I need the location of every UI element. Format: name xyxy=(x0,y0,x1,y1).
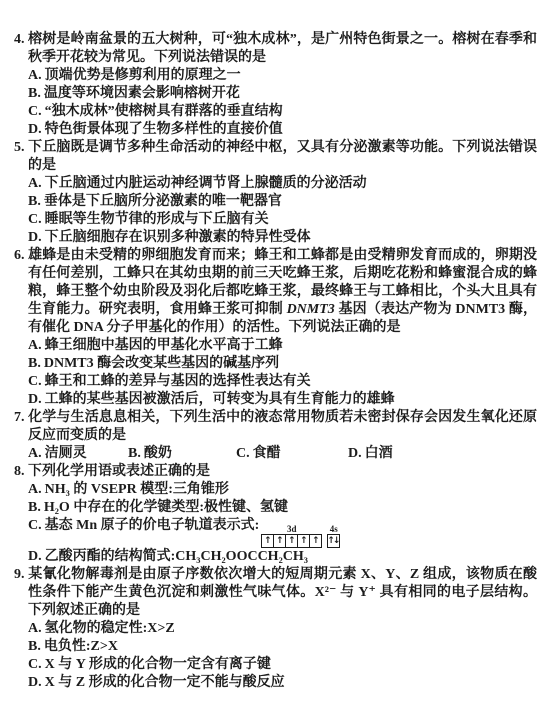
orbital-label-4s: 4s xyxy=(330,524,338,534)
orbital-boxes: ↑↓ xyxy=(327,534,340,548)
option-text: NH₃ 的 VSEPR 模型:三角锥形 xyxy=(45,482,229,497)
option-text: X 与 Z 形成的化合物一定不能与酸反应 xyxy=(45,675,285,690)
orbital-diagram: 3d↑↑↑↑↑4s↑↓ xyxy=(261,524,340,548)
option-row: D.下丘脑细胞存在识别多种激素的特异性受体 xyxy=(14,229,537,247)
option-row: A.蜂王细胞中基因的甲基化水平高于工蜂 xyxy=(14,337,537,355)
option-cell: B.酸奶 xyxy=(128,445,236,463)
option-row: B.电负性:Z>X xyxy=(14,638,537,656)
option-label: A. xyxy=(28,621,42,636)
option-label: D. xyxy=(348,446,362,461)
option-text: 氢化物的稳定性:X>Z xyxy=(45,621,175,636)
option-row: C.“独木成林”使榕树具有群落的垂直结构 xyxy=(14,103,537,121)
option-label: D. xyxy=(28,392,42,407)
option-row: D.特色街景体现了生物多样性的直接价值 xyxy=(14,121,537,139)
option-text: “独木成林”使榕树具有群落的垂直结构 xyxy=(45,104,283,119)
exam-page: 4. 榕树是岭南盆景的五大树种，可“独木成林”，是广州特色街景之一。榕树在春季和… xyxy=(0,0,552,707)
option-row: D.工蜂的某些基因被激活后，可转变为具有生育能力的雄蜂 xyxy=(14,391,537,409)
option-label: A. xyxy=(28,338,42,353)
question-number: 6. xyxy=(14,248,25,263)
option-text: 下丘脑细胞存在识别多种激素的特异性受体 xyxy=(45,230,311,245)
option-row: C.X 与 Y 形成的化合物一定含有离子键 xyxy=(14,656,537,674)
option-row: B.DNMT3 酶会改变某些基因的碱基序列 xyxy=(14,355,537,373)
orbital-box: ↑↓ xyxy=(327,534,340,548)
orbital-group-3d: 3d↑↑↑↑↑ xyxy=(261,524,322,548)
option-text: 工蜂的某些基因被激活后，可转变为具有生育能力的雄蜂 xyxy=(45,392,395,407)
option-text: H₂O 中存在的化学键类型:极性键、氢键 xyxy=(44,500,288,515)
option-text: 基态 Mn 原子的价电子轨道表示式: xyxy=(45,518,260,533)
question-stem-text: 榕树是岭南盆景的五大树种，可“独木成林”，是广州特色街景之一。榕树在春季和秋季开… xyxy=(28,32,537,65)
option-row: D.乙酸丙酯的结构简式:CH₃CH₂OOCCH₂CH₃ xyxy=(14,548,537,566)
option-row: A.下丘脑通过内脏运动神经调节肾上腺髓质的分泌活动 xyxy=(14,175,537,193)
question-number: 4. xyxy=(14,32,25,47)
question-8: 8. 下列化学用语或表述正确的是 A.NH₃ 的 VSEPR 模型:三角锥形 B… xyxy=(14,463,537,566)
option-text: 蜂王细胞中基因的甲基化水平高于工蜂 xyxy=(45,338,283,353)
option-row: A.顶端优势是修剪利用的原理之一 xyxy=(14,67,537,85)
option-text: 特色街景体现了生物多样性的直接价值 xyxy=(45,122,283,137)
option-label: B. xyxy=(28,639,41,654)
question-stem: 8. 下列化学用语或表述正确的是 xyxy=(14,463,537,481)
question-stem: 9. 某氰化物解毒剂是由原子序数依次增大的短周期元素 X、Y、Z 组成，该物质在… xyxy=(14,566,537,620)
option-cell: D.白酒 xyxy=(348,445,393,463)
question-number: 9. xyxy=(14,567,25,582)
question-6: 6. 雄蜂是由未受精的卵细胞发育而来；蜂王和工蜂都是由受精卵发育而成的，卵期没有… xyxy=(14,247,537,409)
option-label: B. xyxy=(128,446,141,461)
option-text: 下丘脑通过内脏运动神经调节肾上腺髓质的分泌活动 xyxy=(45,176,367,191)
option-row: B.垂体是下丘脑所分泌激素的唯一靶器官 xyxy=(14,193,537,211)
option-label: C. xyxy=(28,518,42,533)
option-label: D. xyxy=(28,230,42,245)
question-7: 7. 化学与生活息息相关，下列生活中的液态常用物质若未密封保存会因发生氧化还原反… xyxy=(14,409,537,463)
question-stem: 5. 下丘脑既是调节多种生命活动的神经中枢，又具有分泌激素等功能。下列说法错误的… xyxy=(14,139,537,175)
option-label: C. xyxy=(28,212,42,227)
option-row: B.H₂O 中存在的化学键类型:极性键、氢键 xyxy=(14,499,537,517)
option-text: 垂体是下丘脑所分泌激素的唯一靶器官 xyxy=(44,194,282,209)
option-label: C. xyxy=(28,657,42,672)
option-text: 食醋 xyxy=(253,446,281,461)
option-text: 电负性:Z>X xyxy=(44,639,118,654)
option-label: C. xyxy=(28,104,42,119)
option-text: X 与 Y 形成的化合物一定含有离子键 xyxy=(45,657,271,672)
option-label: A. xyxy=(28,482,42,497)
question-5: 5. 下丘脑既是调节多种生命活动的神经中枢，又具有分泌激素等功能。下列说法错误的… xyxy=(14,139,537,247)
orbital-boxes: ↑↑↑↑↑ xyxy=(261,534,322,548)
question-stem-text: 某氰化物解毒剂是由原子序数依次增大的短周期元素 X、Y、Z 组成，该物质在酸性条… xyxy=(28,567,537,618)
question-stem-text: 下丘脑既是调节多种生命活动的神经中枢，又具有分泌激素等功能。下列说法错误的是 xyxy=(28,140,537,173)
orbital-group-4s: 4s↑↓ xyxy=(327,524,340,548)
option-row: C.睡眠等生物节律的形成与下丘脑有关 xyxy=(14,211,537,229)
option-row: D.X 与 Z 形成的化合物一定不能与酸反应 xyxy=(14,674,537,692)
option-label: A. xyxy=(28,176,42,191)
option-label: D. xyxy=(28,549,42,564)
option-row: C.蜂王和工蜂的差异与基因的选择性表达有关 xyxy=(14,373,537,391)
option-label: B. xyxy=(28,194,41,209)
question-9: 9. 某氰化物解毒剂是由原子序数依次增大的短周期元素 X、Y、Z 组成，该物质在… xyxy=(14,566,537,692)
options-inline-row: A.洁厕灵 B.酸奶 C.食醋 D.白酒 xyxy=(14,445,537,463)
option-row: A.NH₃ 的 VSEPR 模型:三角锥形 xyxy=(14,481,537,499)
option-row: A.氢化物的稳定性:X>Z xyxy=(14,620,537,638)
option-row: C.基态 Mn 原子的价电子轨道表示式:3d↑↑↑↑↑4s↑↓ xyxy=(14,517,537,548)
question-stem: 7. 化学与生活息息相关，下列生活中的液态常用物质若未密封保存会因发生氧化还原反… xyxy=(14,409,537,445)
question-stem-text: 下列化学用语或表述正确的是 xyxy=(28,464,210,479)
option-label: B. xyxy=(28,356,41,371)
option-cell: A.洁厕灵 xyxy=(28,445,128,463)
option-label: A. xyxy=(28,446,42,461)
option-text: 顶端优势是修剪利用的原理之一 xyxy=(45,68,241,83)
option-label: A. xyxy=(28,68,42,83)
option-text: DNMT3 酶会改变某些基因的碱基序列 xyxy=(44,356,279,371)
option-label: B. xyxy=(28,86,41,101)
question-stem-text: 化学与生活息息相关，下列生活中的液态常用物质若未密封保存会因发生氧化还原反应而变… xyxy=(28,410,537,443)
orbital-box: ↑ xyxy=(309,534,322,548)
gene-name-italic: DNMT3 xyxy=(287,302,335,317)
question-number: 5. xyxy=(14,140,25,155)
option-text: 蜂王和工蜂的差异与基因的选择性表达有关 xyxy=(45,374,311,389)
option-text: 温度等环境因素会影响榕树开花 xyxy=(44,86,240,101)
orbital-label-3d: 3d xyxy=(287,524,297,534)
option-label: C. xyxy=(28,374,42,389)
question-stem: 6. 雄蜂是由未受精的卵细胞发育而来；蜂王和工蜂都是由受精卵发育而成的，卵期没有… xyxy=(14,247,537,337)
question-4: 4. 榕树是岭南盆景的五大树种，可“独木成林”，是广州特色街景之一。榕树在春季和… xyxy=(14,31,537,139)
option-label: D. xyxy=(28,122,42,137)
option-text: 乙酸丙酯的结构简式:CH₃CH₂OOCCH₂CH₃ xyxy=(45,549,308,564)
option-text: 酸奶 xyxy=(144,446,172,461)
option-row: B.温度等环境因素会影响榕树开花 xyxy=(14,85,537,103)
option-text: 洁厕灵 xyxy=(45,446,87,461)
question-number: 8. xyxy=(14,464,25,479)
question-number: 7. xyxy=(14,410,25,425)
option-text: 白酒 xyxy=(365,446,393,461)
option-label: C. xyxy=(236,446,250,461)
question-stem: 4. 榕树是岭南盆景的五大树种，可“独木成林”，是广州特色街景之一。榕树在春季和… xyxy=(14,31,537,67)
option-label: D. xyxy=(28,675,42,690)
option-text: 睡眠等生物节律的形成与下丘脑有关 xyxy=(45,212,269,227)
option-cell: C.食醋 xyxy=(236,445,348,463)
option-label: B. xyxy=(28,500,41,515)
